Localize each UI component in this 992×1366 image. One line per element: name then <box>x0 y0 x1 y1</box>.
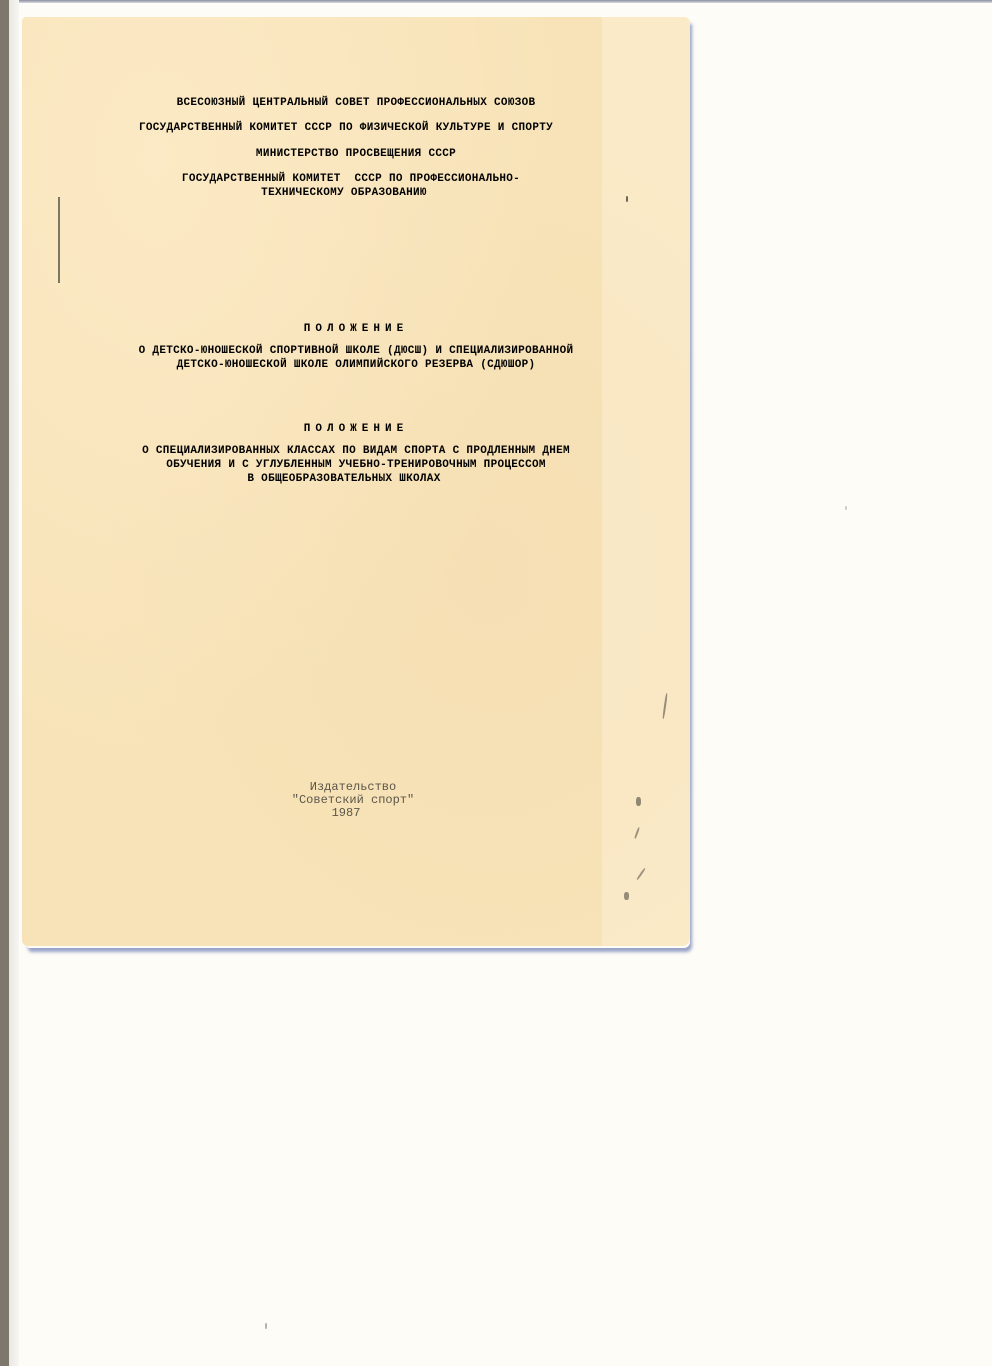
section2-line: О СПЕЦИАЛИЗИРОВАННЫХ КЛАССАХ ПО ВИДАМ СП… <box>22 444 690 458</box>
organization-line: ТЕХНИЧЕСКОМУ ОБРАЗОВАНИЮ <box>10 186 678 200</box>
section1-heading: ПОЛОЖЕНИЕ <box>22 322 690 336</box>
document-cover-page: ВСЕСОЮЗНЫЙ ЦЕНТРАЛЬНЫЙ СОВЕТ ПРОФЕССИОНА… <box>22 17 690 946</box>
publisher-label: Издательство <box>19 780 687 794</box>
section1-line: ДЕТСКО-ЮНОШЕСКОЙ ШКОЛЕ ОЛИМПИЙСКОГО РЕЗЕ… <box>22 358 690 372</box>
paper-speck <box>636 797 641 806</box>
organization-line: ГОСУДАРСТВЕННЫЙ КОМИТЕТ СССР ПО ПРОФЕССИ… <box>17 172 685 186</box>
section2-line: ОБУЧЕНИЯ И С УГЛУБЛЕННЫМ УЧЕБНО-ТРЕНИРОВ… <box>22 458 690 472</box>
background-speck <box>265 1323 267 1329</box>
section2-heading: ПОЛОЖЕНИЕ <box>22 422 690 436</box>
organization-line: ГОСУДАРСТВЕННЫЙ КОМИТЕТ СССР ПО ФИЗИЧЕСК… <box>12 121 680 135</box>
paper-speck <box>626 196 628 202</box>
section2-line: В ОБЩЕОБРАЗОВАТЕЛЬНЫХ ШКОЛАХ <box>10 472 678 486</box>
scanner-top-edge <box>0 0 992 3</box>
organization-line: МИНИСТЕРСТВО ПРОСВЕЩЕНИЯ СССР <box>22 147 690 161</box>
staple-mark <box>58 197 60 283</box>
publication-year: 1987 <box>12 806 680 820</box>
organization-line: ВСЕСОЮЗНЫЙ ЦЕНТРАЛЬНЫЙ СОВЕТ ПРОФЕССИОНА… <box>22 96 690 110</box>
scanner-light-edge <box>9 0 19 1366</box>
publisher-name: "Советский спорт" <box>19 793 687 807</box>
paper-speck <box>624 892 629 900</box>
scanner-dark-edge <box>0 0 9 1366</box>
background-speck <box>845 506 847 510</box>
section1-line: О ДЕТСКО-ЮНОШЕСКОЙ СПОРТИВНОЙ ШКОЛЕ (ДЮС… <box>22 344 690 358</box>
